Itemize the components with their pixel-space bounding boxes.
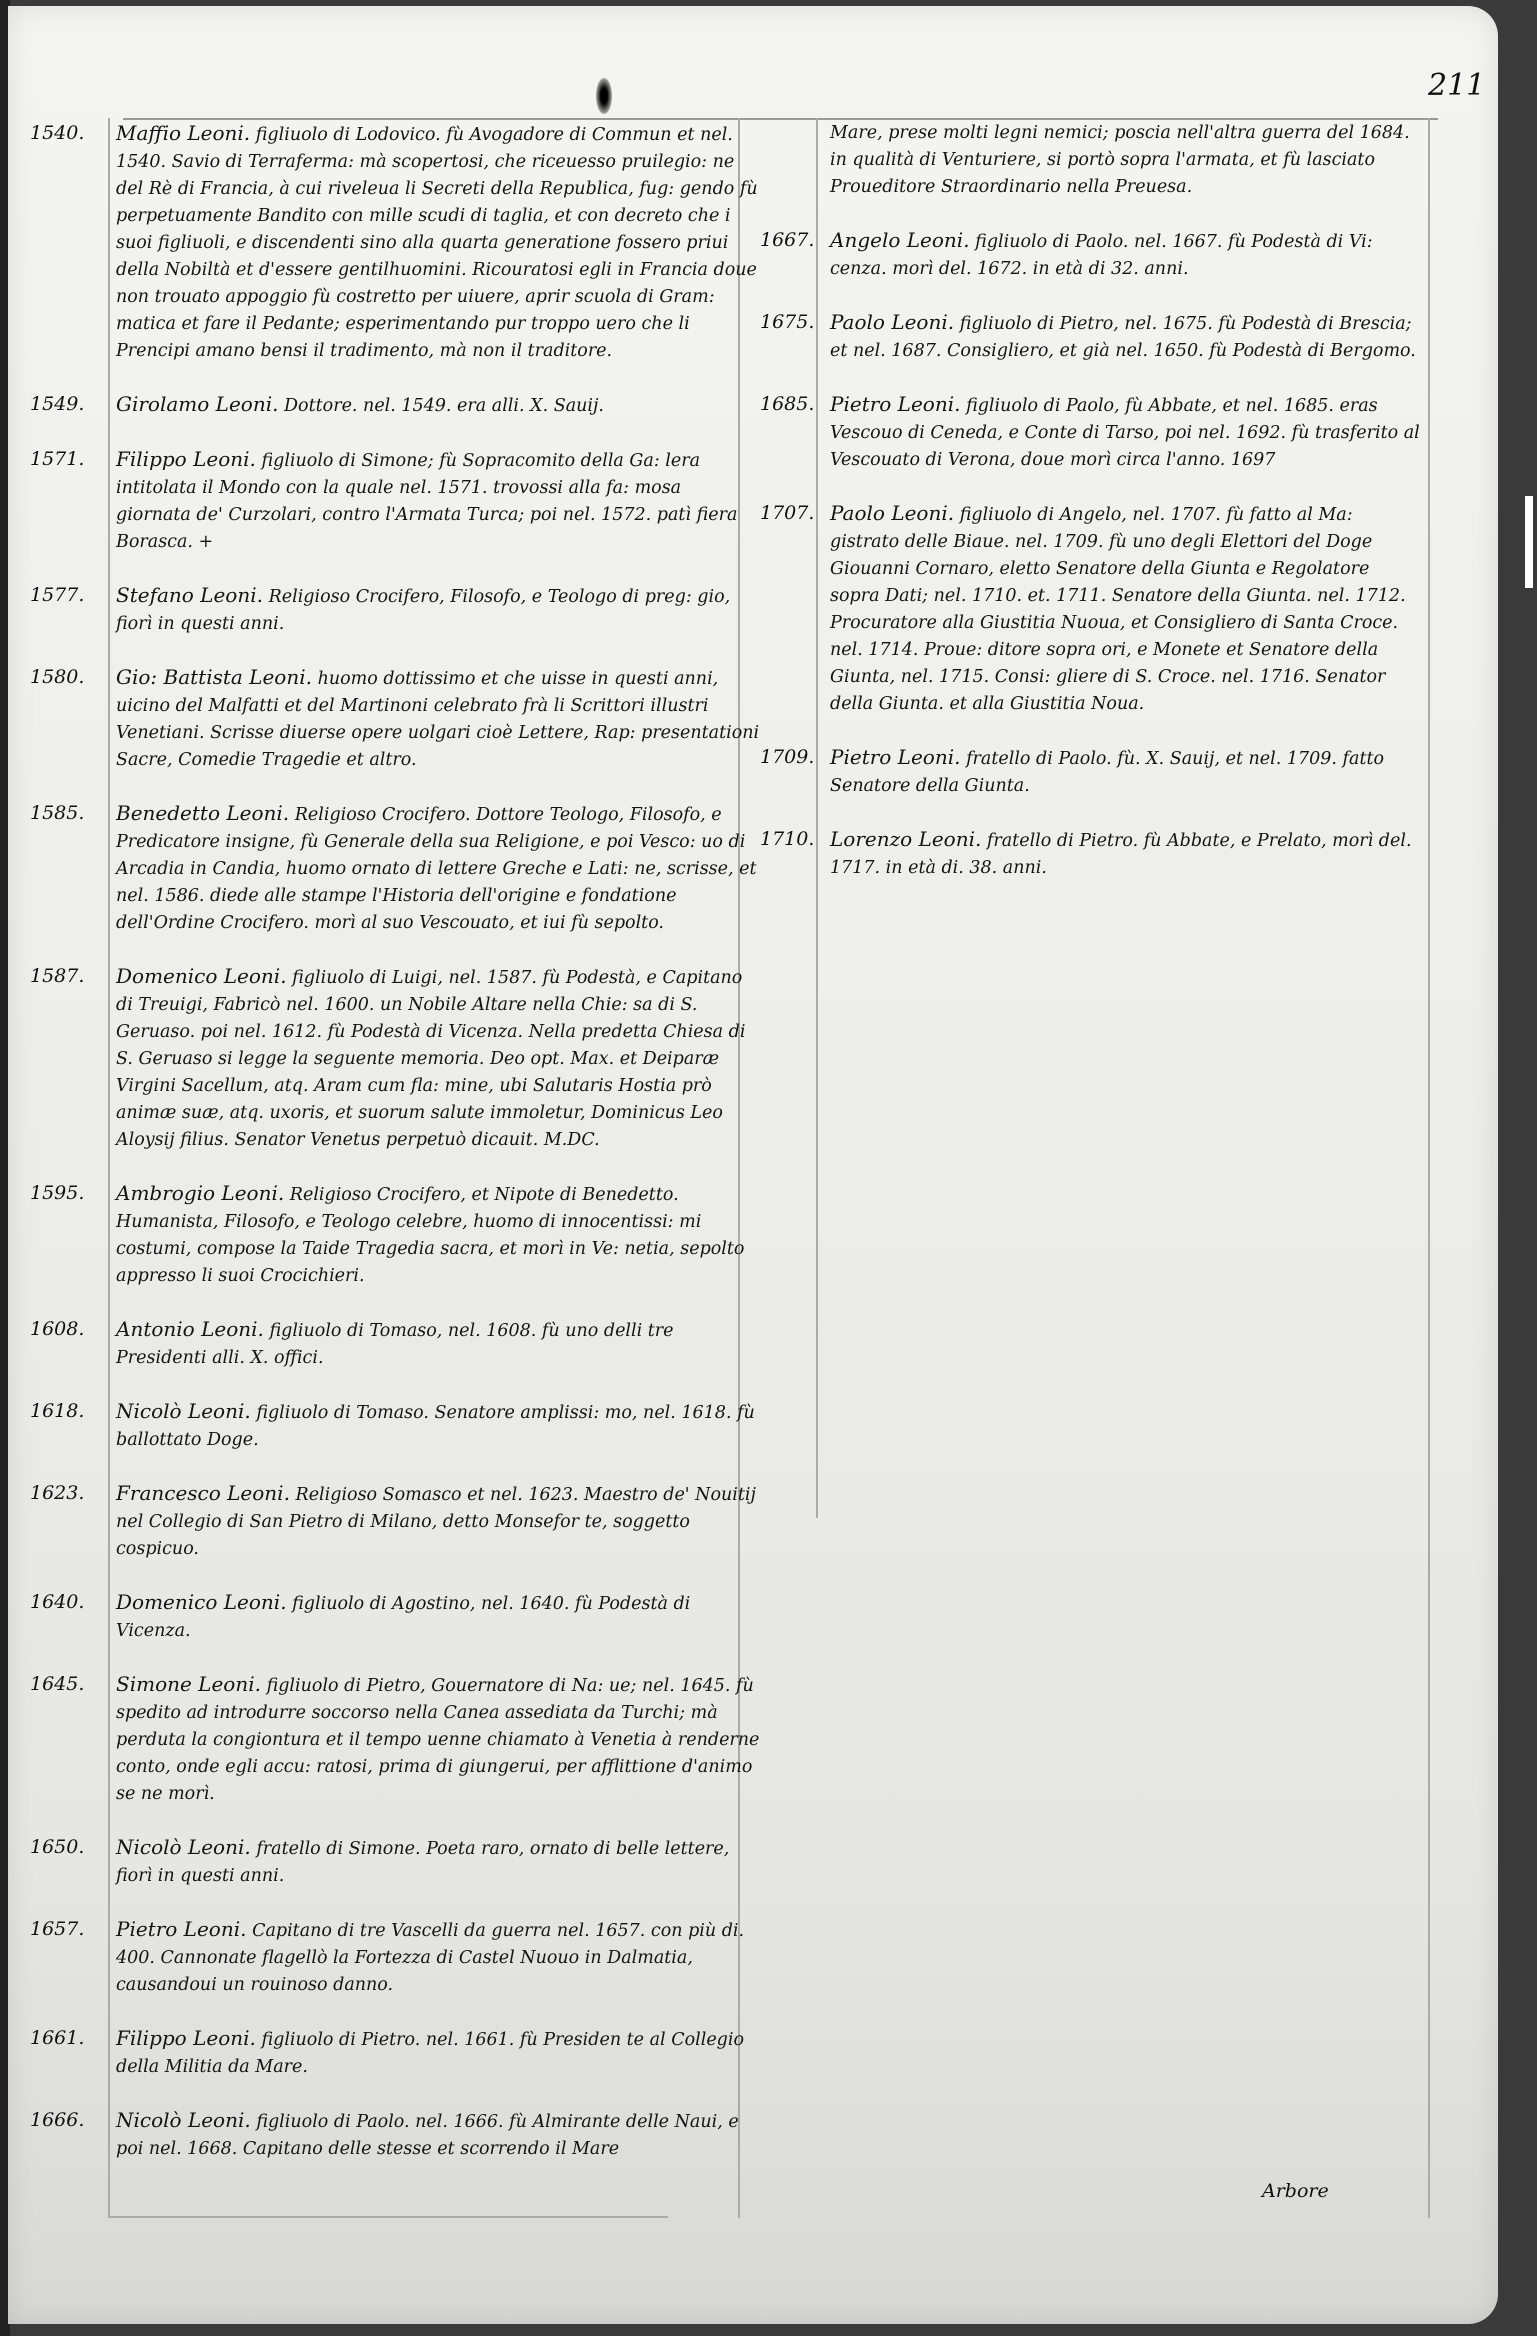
outer-margin-rule bbox=[1428, 118, 1430, 2218]
entry-year: 1707. bbox=[760, 500, 822, 718]
entry: 1675.Paolo Leoni. figliuolo di Pietro, n… bbox=[760, 309, 1420, 365]
entry-year: 1595. bbox=[30, 1180, 108, 1290]
folio-number: 211 bbox=[1428, 68, 1485, 103]
entry-name: Antonio Leoni. bbox=[116, 1317, 264, 1341]
entry-name: Nicolò Leoni. bbox=[116, 1399, 251, 1423]
entry: 1608.Antonio Leoni. figliuolo di Tomaso,… bbox=[30, 1316, 760, 1372]
entry: 1618.Nicolò Leoni. figliuolo di Tomaso. … bbox=[30, 1398, 760, 1454]
entry-year: 1661. bbox=[30, 2025, 108, 2081]
entry-year: 1675. bbox=[760, 309, 822, 365]
entry-name: Angelo Leoni. bbox=[830, 228, 970, 252]
entry-name: Stefano Leoni. bbox=[116, 583, 263, 607]
entry: 1667.Angelo Leoni. figliuolo di Paolo. n… bbox=[760, 227, 1420, 283]
entry: 1650.Nicolò Leoni. fratello di Simone. P… bbox=[30, 1834, 760, 1890]
entry-year: 1608. bbox=[30, 1316, 108, 1372]
entry: 1661.Filippo Leoni. figliuolo di Pietro.… bbox=[30, 2025, 760, 2081]
entry-year: 1645. bbox=[30, 1671, 108, 1808]
entry-name: Gio: Battista Leoni. bbox=[116, 665, 312, 689]
entry-year: 1657. bbox=[30, 1916, 108, 1999]
ink-blot bbox=[596, 78, 612, 114]
entry-year: 1710. bbox=[760, 826, 822, 882]
bottom-ruling-line bbox=[108, 2216, 668, 2218]
entry-year: 1577. bbox=[30, 582, 108, 638]
entry-year: 1587. bbox=[30, 963, 108, 1154]
entry-name: Domenico Leoni. bbox=[116, 1590, 287, 1614]
entry: 1709.Pietro Leoni. fratello di Paolo. fù… bbox=[760, 744, 1420, 800]
entry-year: 1650. bbox=[30, 1834, 108, 1890]
entry: 1623.Francesco Leoni. Religioso Somasco … bbox=[30, 1480, 760, 1563]
entry-name: Nicolò Leoni. bbox=[116, 2108, 251, 2132]
entry-text: Dottore. nel. 1549. era alli. X. Sauij. bbox=[284, 396, 604, 416]
entry-year: 1618. bbox=[30, 1398, 108, 1454]
entry-name: Paolo Leoni. bbox=[830, 310, 954, 334]
entry-year: 1709. bbox=[760, 744, 822, 800]
entry-text: figliuolo di Angelo, nel. 1707. fù fatto… bbox=[830, 505, 1406, 714]
entry-year: 1666. bbox=[30, 2107, 108, 2163]
entry: 1587.Domenico Leoni. figliuolo di Luigi,… bbox=[30, 963, 760, 1154]
catchword: Arbore bbox=[1262, 2180, 1329, 2202]
entry-name: Pietro Leoni. bbox=[830, 392, 960, 416]
entry: 1666.Nicolò Leoni. figliuolo di Paolo. n… bbox=[30, 2107, 760, 2163]
entry-name: Pietro Leoni. bbox=[830, 745, 960, 769]
entry-name: Ambrogio Leoni. bbox=[116, 1181, 284, 1205]
entry-name: Girolamo Leoni. bbox=[116, 392, 278, 416]
entry-name: Paolo Leoni. bbox=[830, 501, 954, 525]
entry-year: 1571. bbox=[30, 446, 108, 556]
entry: 1549.Girolamo Leoni. Dottore. nel. 1549.… bbox=[30, 391, 760, 420]
entry-name: Filippo Leoni. bbox=[116, 447, 256, 471]
left-column: 1540.Maffio Leoni. figliuolo di Lodovico… bbox=[30, 120, 760, 2189]
entry-name: Nicolò Leoni. bbox=[116, 1835, 251, 1859]
entry: 1580.Gio: Battista Leoni. huomo dottissi… bbox=[30, 664, 760, 774]
entry-name: Pietro Leoni. bbox=[116, 1917, 246, 1941]
entry-year: 1549. bbox=[30, 391, 108, 420]
entry: 1585.Benedetto Leoni. Religioso Crocifer… bbox=[30, 800, 760, 937]
entry-name: Lorenzo Leoni. bbox=[830, 827, 981, 851]
entry-text: figliuolo di Luigi, nel. 1587. fù Podest… bbox=[116, 968, 745, 1150]
entry-continuation: Mare, prese molti legni nemici; poscia n… bbox=[760, 120, 1420, 201]
entry-year: 1580. bbox=[30, 664, 108, 774]
entry: 1645.Simone Leoni. figliuolo di Pietro, … bbox=[30, 1671, 760, 1808]
entry-year: 1667. bbox=[760, 227, 822, 283]
entry: 1540.Maffio Leoni. figliuolo di Lodovico… bbox=[30, 120, 760, 365]
entry: 1707.Paolo Leoni. figliuolo di Angelo, n… bbox=[760, 500, 1420, 718]
entry: 1640.Domenico Leoni. figliuolo di Agosti… bbox=[30, 1589, 760, 1645]
entry: 1710.Lorenzo Leoni. fratello di Pietro. … bbox=[760, 826, 1420, 882]
entry: 1685.Pietro Leoni. figliuolo di Paolo, f… bbox=[760, 391, 1420, 474]
entry-text: Mare, prese molti legni nemici; poscia n… bbox=[830, 123, 1410, 197]
entry-name: Benedetto Leoni. bbox=[116, 801, 289, 825]
entry-year: 1540. bbox=[30, 120, 108, 365]
entry-name: Filippo Leoni. bbox=[116, 2026, 256, 2050]
entry-name: Simone Leoni. bbox=[116, 1672, 261, 1696]
entry-name: Francesco Leoni. bbox=[116, 1481, 290, 1505]
entry: 1577.Stefano Leoni. Religioso Crocifero,… bbox=[30, 582, 760, 638]
entry: 1595.Ambrogio Leoni. Religioso Crocifero… bbox=[30, 1180, 760, 1290]
entry: 1657.Pietro Leoni. Capitano di tre Vasce… bbox=[30, 1916, 760, 1999]
entry: 1571.Filippo Leoni. figliuolo di Simone;… bbox=[30, 446, 760, 556]
edge-marker bbox=[1525, 496, 1533, 588]
entry-year: 1685. bbox=[760, 391, 822, 474]
entry-year: 1640. bbox=[30, 1589, 108, 1645]
right-column: Mare, prese molti legni nemici; poscia n… bbox=[760, 120, 1420, 908]
entry-text: figliuolo di Lodovico. fù Avogadore di C… bbox=[116, 125, 758, 361]
entry-year: 1585. bbox=[30, 800, 108, 937]
entry-name: Maffio Leoni. bbox=[116, 121, 250, 145]
entry-year: 1623. bbox=[30, 1480, 108, 1563]
entry-name: Domenico Leoni. bbox=[116, 964, 287, 988]
